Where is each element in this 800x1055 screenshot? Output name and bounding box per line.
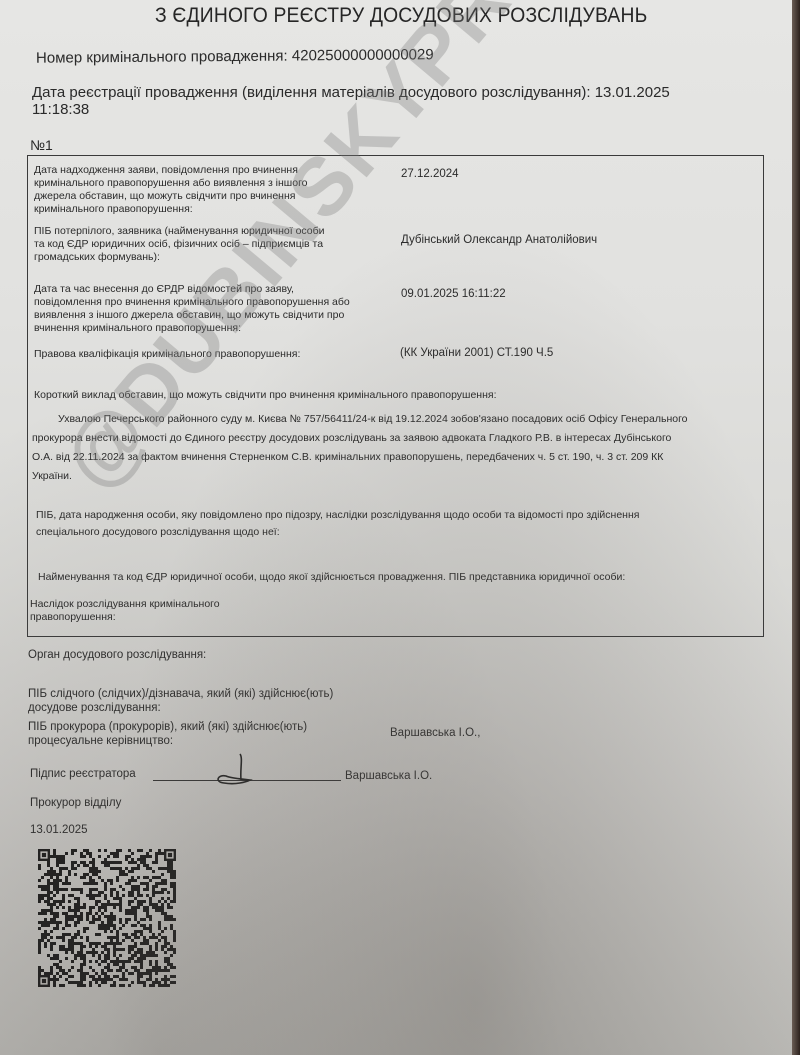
registration-date-line: Дата реєстрації провадження (виділення м… [32, 84, 670, 101]
row-applicant-label: ПІБ потерпілого, заявника (найменування … [34, 225, 325, 264]
label-line: повідомлення про вчинення кримінального … [34, 296, 350, 309]
label-line: досудове розслідування: [28, 701, 333, 715]
document-date: 13.01.2025 [30, 823, 88, 837]
label-line: Дата надходження заяви, повідомлення про… [34, 164, 308, 177]
summary-text: Ухвалою Печерського районного суду м. Ки… [32, 410, 688, 486]
row-received-date-value: 27.12.2024 [401, 168, 459, 180]
signature-icon [210, 752, 270, 786]
summary-line: прокурора внести відомості до Єдиного ре… [32, 429, 688, 448]
outcome-label: Наслідок розслідування кримінального пра… [30, 598, 220, 624]
table-bottom-rule [27, 636, 764, 637]
investigator-label: ПІБ слідчого (слідчих)/дізнавача, який (… [28, 687, 333, 715]
row-qualification-value: (КК України 2001) СТ.190 Ч.5 [400, 347, 553, 359]
case-number-line: Номер кримінального провадження: 4202500… [36, 46, 434, 66]
row-received-date-label: Дата надходження заяви, повідомлення про… [34, 164, 308, 216]
label-line: громадських формувань): [34, 251, 325, 264]
document-title: З ЄДИНОГО РЕЄСТРУ ДОСУДОВИХ РОЗСЛІДУВАНЬ [155, 4, 647, 28]
entry-number: №1 [30, 137, 53, 153]
summary-label: Короткий виклад обставин, що можуть свід… [34, 389, 497, 402]
label-line: ПІБ прокурора (прокурорів), який (які) з… [28, 720, 307, 734]
position-label: Прокурор відділу [30, 796, 121, 810]
registrar-signature-label: Підпис реєстратора [30, 767, 136, 781]
label-line: кримінального правопорушення: [34, 203, 308, 216]
label-line: спеціального досудового розслідування що… [36, 524, 639, 541]
prosecutor-value: Варшавська І.О., [390, 726, 480, 740]
label-line: процесуальне керівництво: [28, 734, 307, 748]
suspect-label: ПІБ, дата народження особи, яку повідомл… [36, 507, 639, 541]
label-line: Дата та час внесення до ЄРДР відомостей … [34, 283, 350, 296]
registrar-name: Варшавська І.О. [345, 769, 432, 783]
photo-background-edge [792, 0, 800, 1055]
row-applicant-value: Дубінський Олександр Анатолійович [401, 234, 597, 246]
record-table: Дата надходження заяви, повідомлення про… [27, 155, 764, 637]
label-line: Наслідок розслідування кримінального [30, 598, 220, 611]
label-line: ПІБ, дата народження особи, яку повідомл… [36, 507, 639, 524]
summary-line: О.А. від 22.11.2024 за фактом вчинення С… [32, 448, 688, 467]
registration-date: 13.01.2025 [595, 84, 670, 101]
prosecutor-label: ПІБ прокурора (прокурорів), який (які) з… [28, 720, 307, 748]
label-line: правопорушення: [30, 611, 220, 624]
label-line: ПІБ слідчого (слідчих)/дізнавача, який (… [28, 687, 333, 701]
label-line: ПІБ потерпілого, заявника (найменування … [34, 225, 325, 238]
label-line: кримінального правопорушення або виявлен… [34, 177, 308, 190]
row-erdr-entry-value: 09.01.2025 16:11:22 [401, 288, 506, 300]
registration-label: Дата реєстрації провадження (виділення м… [32, 84, 591, 101]
qr-code-icon [38, 848, 176, 988]
legal-entity-label: Найменування та код ЄДР юридичної особи,… [38, 571, 625, 584]
label-line: вчинення кримінального правопорушення: [34, 322, 350, 335]
row-qualification-label: Правова кваліфікація кримінального право… [34, 348, 300, 361]
label-line: виявлення з іншого джерела обставин, що … [34, 309, 350, 322]
label-line: та код ЄДР юридичних осіб, фізичних осіб… [34, 238, 325, 251]
summary-line: України. [32, 467, 688, 486]
investigation-body-label: Орган досудового розслідування: [28, 648, 206, 662]
label-line: джерела обставин, що можуть свідчити про… [34, 190, 308, 203]
summary-line: Ухвалою Печерського районного суду м. Ки… [32, 410, 688, 429]
case-number-value: 42025000000000029 [292, 46, 434, 64]
label-line: Правова кваліфікація кримінального право… [34, 348, 300, 361]
case-number-label: Номер кримінального провадження: [36, 48, 288, 67]
registration-time: 11:18:38 [32, 101, 89, 118]
row-erdr-entry-label: Дата та час внесення до ЄРДР відомостей … [34, 283, 350, 335]
document-page: З ЄДИНОГО РЕЄСТРУ ДОСУДОВИХ РОЗСЛІДУВАНЬ… [0, 0, 792, 1055]
